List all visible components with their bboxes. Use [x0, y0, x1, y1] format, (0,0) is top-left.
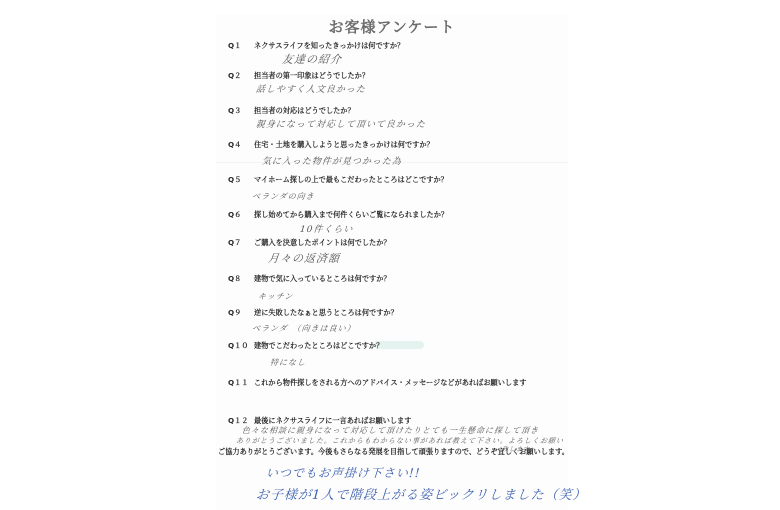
- answer-7: 月々の返済額: [267, 250, 341, 266]
- closing-message: ご協力ありがとうございます。今後もさらなる発展を目指して頑張りますので、どうぞ宜…: [218, 447, 569, 457]
- question-text: 建物でこだわったところはどこですか？: [254, 341, 383, 351]
- question-6: Q６探し始めてから購入まで何件くらいご覧になられましたか？: [228, 210, 448, 220]
- question-3: Q３担当者の対応はどうでしたか？: [228, 106, 355, 116]
- question-text: マイホーム探しの上で最もこだわったところはどこですか？: [254, 175, 448, 185]
- question-5: Q５マイホーム探しの上で最もこだわったところはどこですか？: [228, 175, 448, 185]
- question-10: Q１０建物でこだわったところはどこですか？: [228, 341, 383, 351]
- question-number: Q８: [228, 274, 254, 284]
- answer-5: ベランダの向き: [251, 191, 315, 202]
- answer-4: 気に入った物件が見つかった為: [261, 154, 402, 167]
- page-title: お客様アンケート: [216, 16, 568, 37]
- question-text: ご購入を決意したポイントは何でしたか？: [254, 238, 391, 248]
- question-number: Q７: [228, 238, 254, 248]
- answer-9: ベランダ （向きは良い）: [251, 323, 356, 334]
- question-number: Q５: [228, 175, 254, 185]
- question-text: ネクサスライフを知ったきっかけは何ですか？: [254, 41, 404, 51]
- answer-12-line-1: 色々な相談に親身になって対応して頂けたりとても一生懸命に探して頂き: [241, 425, 539, 436]
- question-text: 建物で気に入っているところは何ですか？: [254, 274, 391, 284]
- question-text: 担当者の対応はどうでしたか？: [254, 106, 355, 116]
- question-number: Q１１: [228, 378, 254, 388]
- answer-6: 10件くらい: [299, 222, 354, 235]
- question-text: 住宅・土地を購入しようと思ったきっかけは何ですか？: [254, 140, 434, 150]
- question-7: Q７ご購入を決意したポイントは何でしたか？: [228, 238, 391, 248]
- blue-note-line-1: いつでもお声掛け下さい!!: [265, 464, 421, 481]
- question-8: Q８建物で気に入っているところは何ですか？: [228, 274, 391, 284]
- answer-3: 親身になって対応して頂いて良かった: [255, 117, 426, 130]
- question-number: Q９: [228, 308, 254, 318]
- question-text: 逆に失敗したなぁと思うところは何ですか？: [254, 308, 398, 318]
- question-11: Q１１これから物件探しをされる方へのアドバイス・メッセージなどがあればお願いしま…: [228, 378, 526, 388]
- question-4: Q４住宅・土地を購入しようと思ったきっかけは何ですか？: [228, 140, 434, 150]
- question-text: これから物件探しをされる方へのアドバイス・メッセージなどがあればお願いします: [254, 378, 526, 388]
- question-text: 探し始めてから購入まで何件くらいご覧になられましたか？: [254, 210, 448, 220]
- question-1: Q１ネクサスライフを知ったきっかけは何ですか？: [228, 41, 404, 51]
- question-number: Q１０: [228, 341, 254, 351]
- question-9: Q９逆に失敗したなぁと思うところは何ですか？: [228, 308, 398, 318]
- answer-2: 話しやすく人文良かった: [255, 82, 366, 95]
- answer-10: 特になし: [269, 357, 306, 368]
- question-number: Q３: [228, 106, 254, 116]
- answer-1: 友達の紹介: [281, 51, 343, 67]
- blue-note-line-2: お子様が1人で階段上がる姿ビックリしました（笑）: [255, 484, 587, 503]
- question-number: Q１: [228, 41, 254, 51]
- question-2: Q２担当者の第一印象はどうでしたか？: [228, 71, 369, 81]
- question-number: Q６: [228, 210, 254, 220]
- question-text: 担当者の第一印象はどうでしたか？: [254, 71, 369, 81]
- answer-8: キッチン: [257, 291, 294, 302]
- question-number: Q４: [228, 140, 254, 150]
- question-number: Q２: [228, 71, 254, 81]
- questionnaire-page: お客様アンケート Q１ネクサスライフを知ったきっかけは何ですか？ 友達の紹介 Q…: [216, 14, 568, 510]
